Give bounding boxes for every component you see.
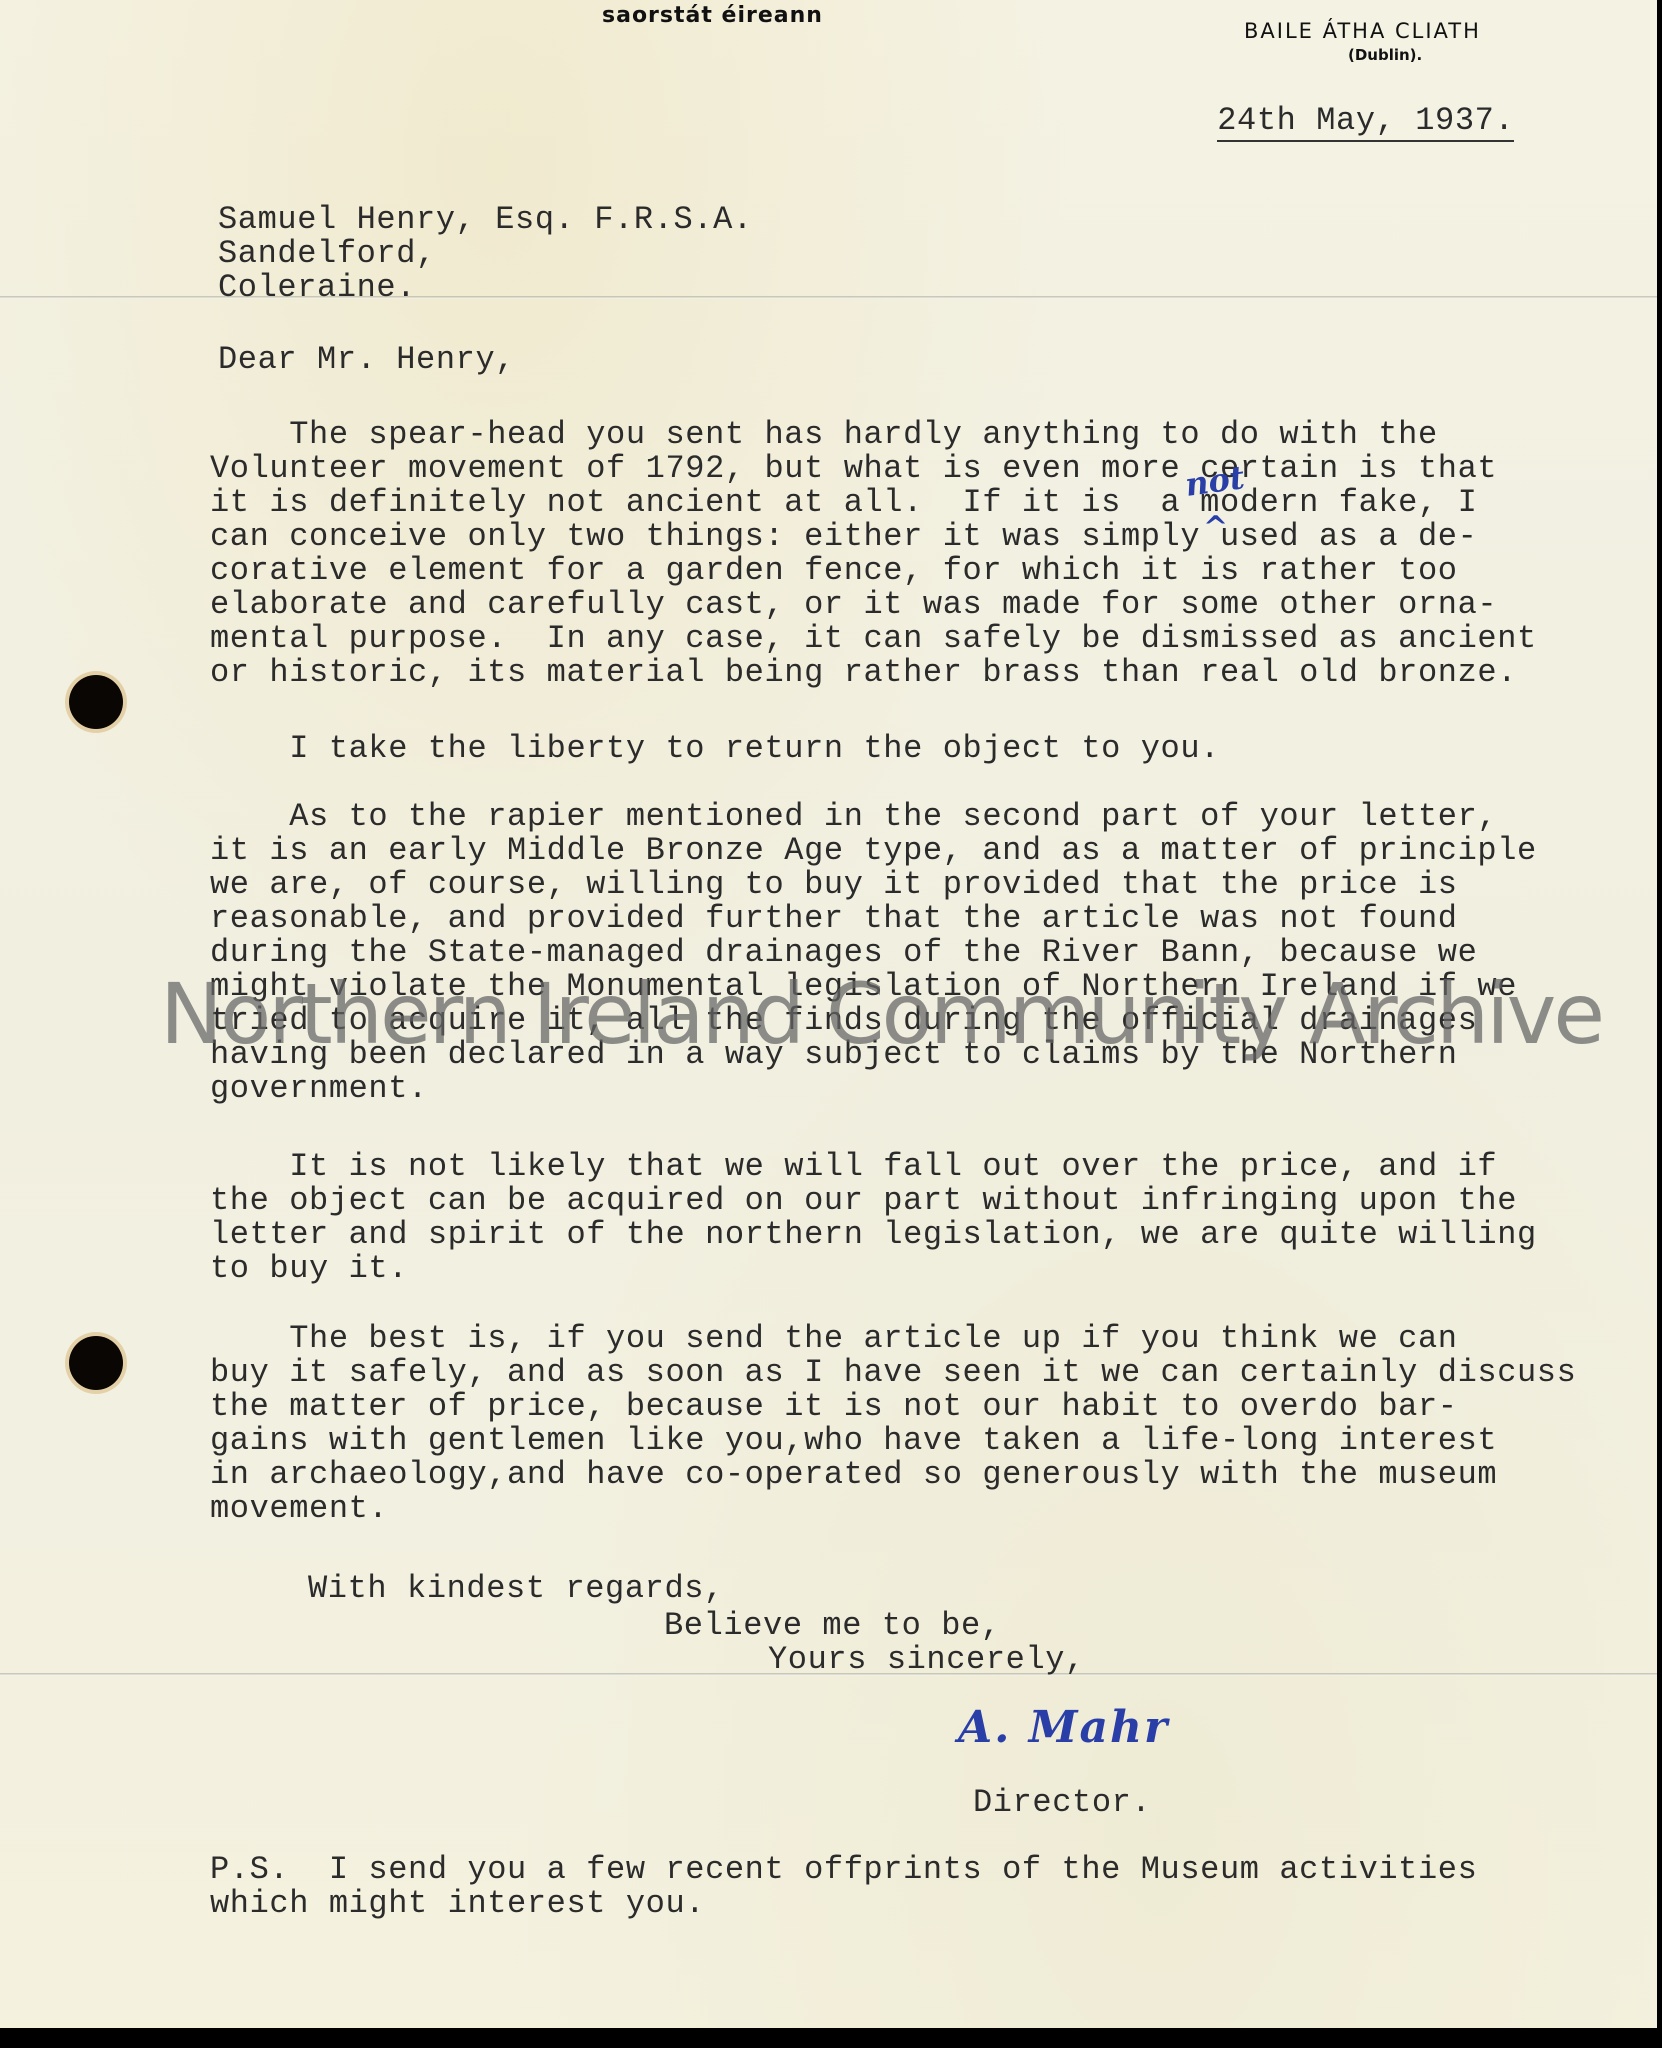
body-paragraph-3: As to the rapier mentioned in the second… bbox=[210, 800, 1650, 1106]
postscript-line: which might interest you. bbox=[210, 1887, 1650, 1921]
letter-page: saorstát éireann BAILE ÁTHA CLIATH (Dubl… bbox=[0, 0, 1657, 2028]
body-paragraph-4: It is not likely that we will fall out o… bbox=[210, 1150, 1650, 1286]
paragraph-line: mental purpose. In any case, it can safe… bbox=[210, 622, 1650, 656]
paragraph-line: to buy it. bbox=[210, 1252, 1650, 1286]
paragraph-line: having been declared in a way subject to… bbox=[210, 1038, 1650, 1072]
letterhead-city-irish: BAILE ÁTHA CLIATH bbox=[1244, 19, 1481, 43]
signature: A. Mahr bbox=[958, 1702, 1169, 1753]
paragraph-line: The spear-head you sent has hardly anyth… bbox=[210, 418, 1650, 452]
paragraph-line: corative element for a garden fence, for… bbox=[210, 554, 1650, 588]
postscript-line: P.S. I send you a few recent offprints o… bbox=[210, 1853, 1650, 1887]
closing-line-1: With kindest regards, bbox=[308, 1572, 724, 1606]
paragraph-line: the matter of price, because it is not o… bbox=[210, 1390, 1650, 1424]
recipient-name: Samuel Henry, Esq. F.R.S.A. bbox=[218, 203, 753, 237]
recipient-address-line-1: Sandelford, bbox=[218, 237, 436, 271]
paragraph-line: reasonable, and provided further that th… bbox=[210, 902, 1650, 936]
body-paragraph-5: The best is, if you send the article up … bbox=[210, 1322, 1650, 1526]
paragraph-line: tried to acquire it, all the finds durin… bbox=[210, 1004, 1650, 1038]
paragraph-line: it is an early Middle Bronze Age type, a… bbox=[210, 834, 1650, 868]
closing-line-2: Believe me to be, bbox=[664, 1609, 1001, 1643]
paragraph-line: during the State-managed drainages of th… bbox=[210, 936, 1650, 970]
paragraph-line: movement. bbox=[210, 1492, 1650, 1526]
letterhead-city-english: (Dublin). bbox=[1348, 46, 1422, 64]
paragraph-line: the object can be acquired on our part w… bbox=[210, 1184, 1650, 1218]
paragraph-line: can conceive only two things: either it … bbox=[210, 520, 1650, 554]
recipient-address-line-2: Coleraine. bbox=[218, 271, 416, 305]
postscript: P.S. I send you a few recent offprints o… bbox=[210, 1853, 1650, 1921]
salutation: Dear Mr. Henry, bbox=[218, 343, 515, 377]
paragraph-line: government. bbox=[210, 1072, 1650, 1106]
insertion-caret-icon: ^ bbox=[1203, 510, 1228, 545]
paragraph-line: As to the rapier mentioned in the second… bbox=[210, 800, 1650, 834]
closing-line-3: Yours sincerely, bbox=[768, 1643, 1085, 1677]
paragraph-line: or historic, its material being rather b… bbox=[210, 656, 1650, 690]
paragraph-line: The best is, if you send the article up … bbox=[210, 1322, 1650, 1356]
body-paragraph-1: The spear-head you sent has hardly anyth… bbox=[210, 418, 1650, 690]
paragraph-line: elaborate and carefully cast, or it was … bbox=[210, 588, 1650, 622]
paragraph-line: might violate the Monumental legislation… bbox=[210, 970, 1650, 1004]
paragraph-line: it is definitely not ancient at all. If … bbox=[210, 486, 1650, 520]
letterhead-country: saorstát éireann bbox=[602, 3, 823, 28]
paragraph-line: in archaeology,and have co-operated so g… bbox=[210, 1458, 1650, 1492]
paragraph-line: I take the liberty to return the object … bbox=[210, 732, 1650, 766]
letter-date-wrap: 24th May, 1937. bbox=[1138, 70, 1514, 172]
punch-hole-lower bbox=[69, 1336, 123, 1390]
paragraph-line: buy it safely, and as soon as I have see… bbox=[210, 1356, 1650, 1390]
signatory-title: Director. bbox=[973, 1786, 1151, 1820]
punch-hole-upper bbox=[69, 675, 123, 729]
paragraph-line: letter and spirit of the northern legisl… bbox=[210, 1218, 1650, 1252]
paragraph-line: gains with gentlemen like you,who have t… bbox=[210, 1424, 1650, 1458]
paragraph-line: we are, of course, willing to buy it pro… bbox=[210, 868, 1650, 902]
paragraph-line: Volunteer movement of 1792, but what is … bbox=[210, 452, 1650, 486]
body-paragraph-2: I take the liberty to return the object … bbox=[210, 732, 1650, 766]
letter-date: 24th May, 1937. bbox=[1217, 102, 1514, 142]
paragraph-line: It is not likely that we will fall out o… bbox=[210, 1150, 1650, 1184]
